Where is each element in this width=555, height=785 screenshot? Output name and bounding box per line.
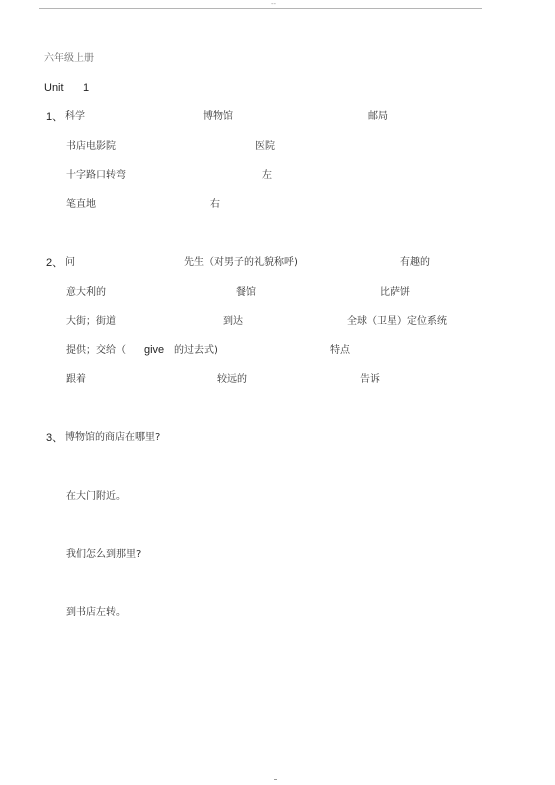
sentence: 到书店左转。 [66, 607, 126, 619]
sentence: 博物馆的商店在哪里? [65, 432, 160, 444]
vocab-item: 比萨饼 [380, 287, 410, 299]
vocab-item: 科学 [65, 111, 85, 123]
vocab-item: 全球（卫星）定位系统 [347, 316, 447, 328]
section3-number: 3、 [46, 432, 63, 444]
vocab-item: 特点 [330, 345, 350, 357]
vocab-item: 到达 [223, 316, 243, 328]
vocab-item: 意大利的 [66, 287, 106, 299]
vocab-item: 书店电影院 [66, 141, 116, 153]
vocab-item: 右 [210, 199, 220, 211]
vocab-item: 十字路口转弯 [66, 170, 126, 182]
section2-number: 2、 [46, 257, 63, 269]
footer-mark [274, 779, 277, 780]
vocab-item: 先生（对男子的礼貌称呼) [184, 257, 298, 269]
header-mark: -- [271, 0, 276, 8]
vocab-item: 跟着 [66, 374, 86, 386]
header-rule [39, 8, 482, 9]
vocab-item: 左 [262, 170, 272, 182]
vocab-item: 博物馆 [203, 111, 233, 123]
unit-label: Unit [44, 82, 64, 94]
unit-number: 1 [83, 82, 89, 94]
vocab-item: 餐馆 [236, 287, 256, 299]
vocab-item: 有趣的 [400, 257, 430, 269]
vocab-item: 医院 [255, 141, 275, 153]
vocab-item: 问 [65, 257, 75, 269]
section1-number: 1、 [46, 111, 63, 123]
sentence: 我们怎么到那里? [66, 549, 141, 561]
vocab-item: 邮局 [368, 111, 388, 123]
grade-title: 六年级上册 [44, 53, 94, 65]
sentence: 在大门附近。 [66, 491, 126, 503]
vocab-item: 较远的 [217, 374, 247, 386]
vocab-item: 的过去式) [174, 345, 218, 357]
vocab-item: 告诉 [360, 374, 380, 386]
vocab-item: 笔直地 [66, 199, 96, 211]
vocab-item: give [144, 344, 164, 356]
vocab-item: 提供；交给（ [66, 345, 126, 357]
vocab-item: 大街；街道 [66, 316, 116, 328]
